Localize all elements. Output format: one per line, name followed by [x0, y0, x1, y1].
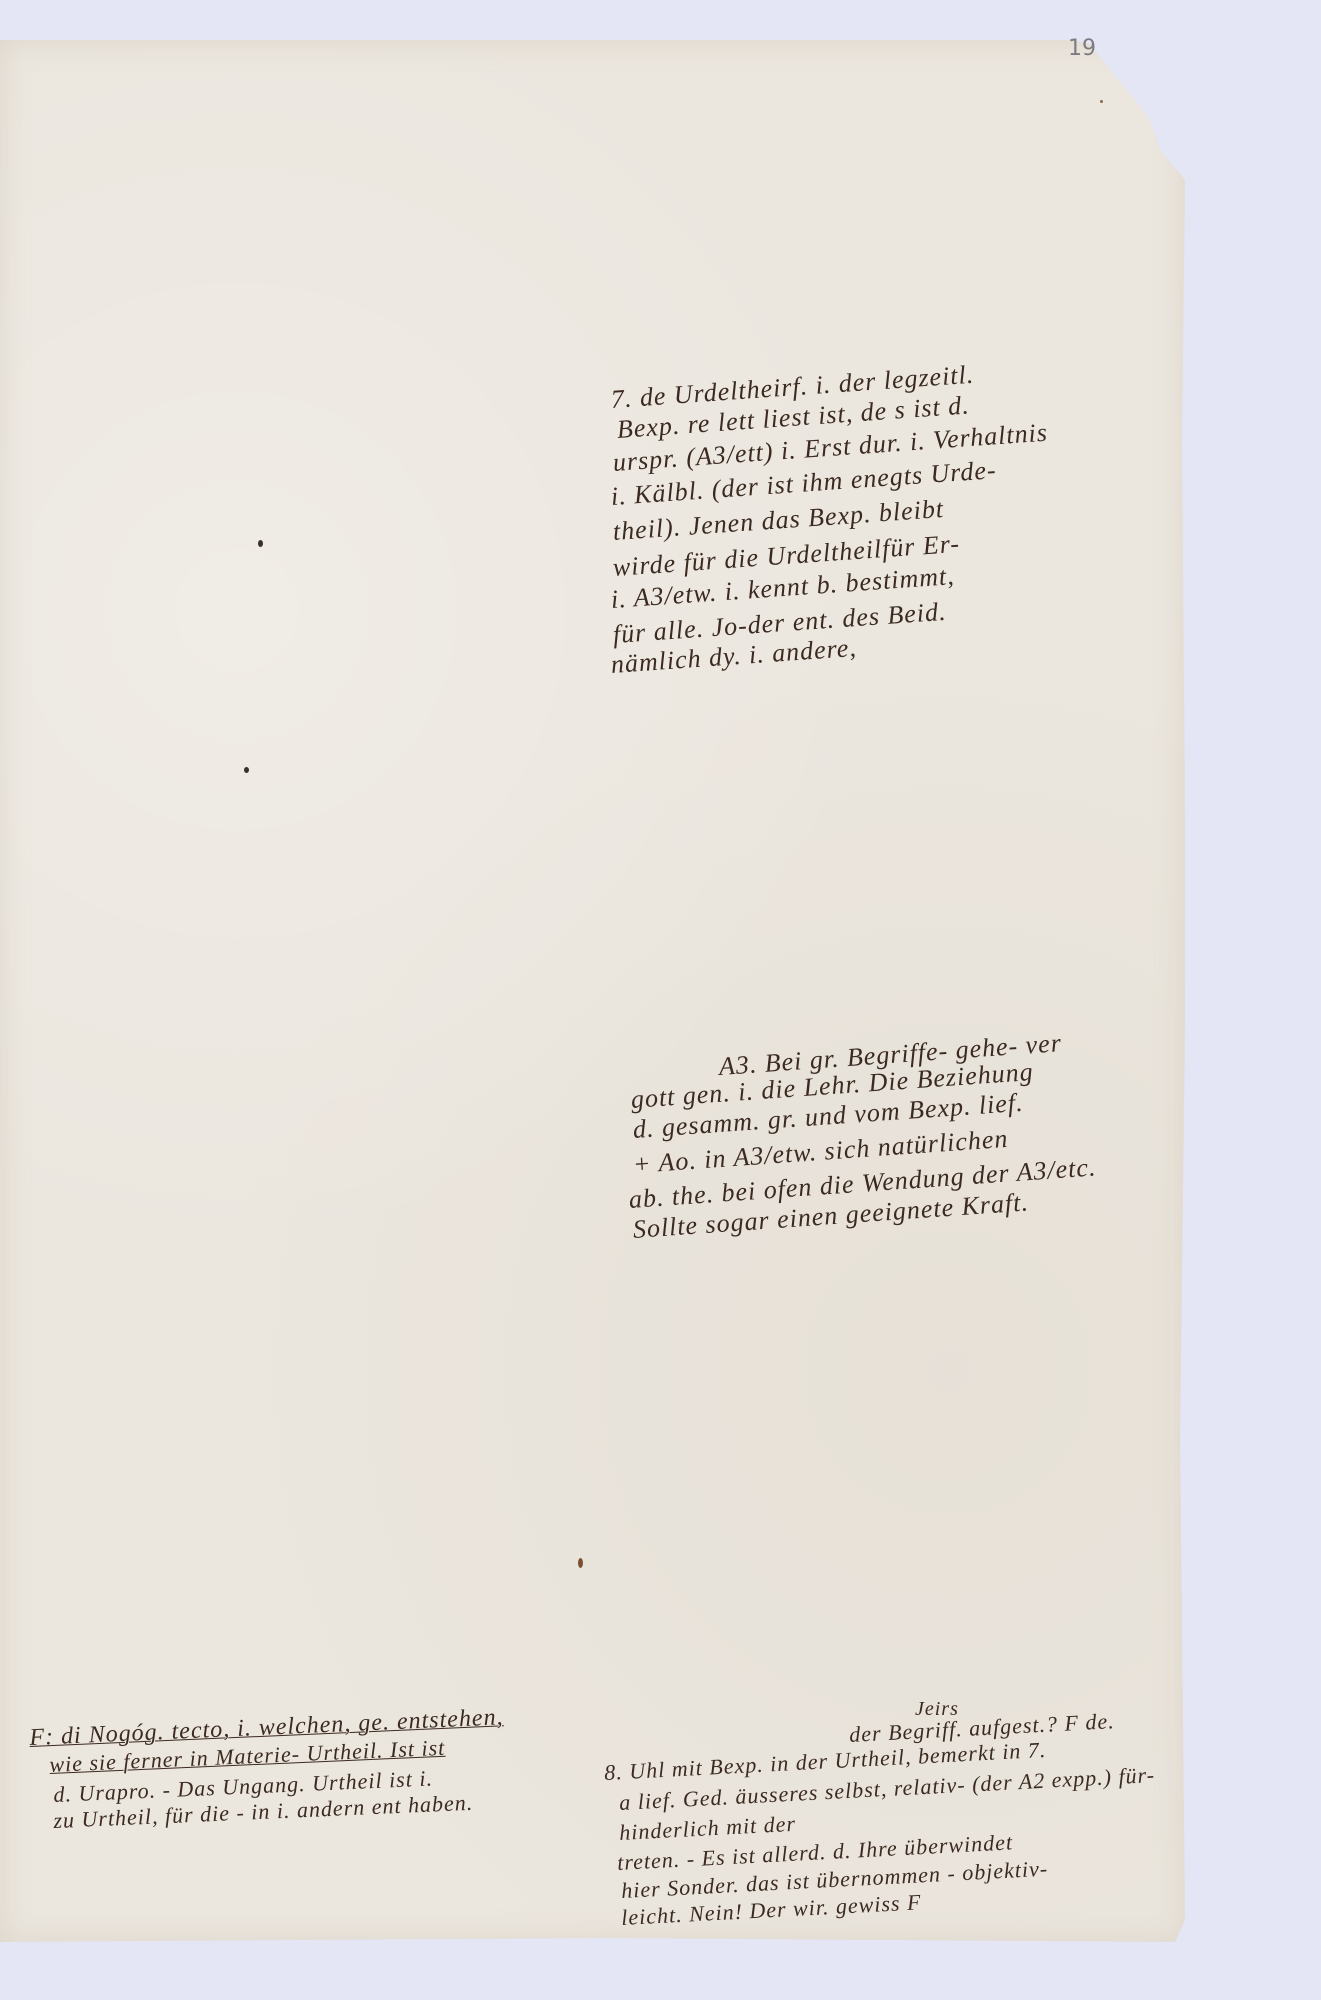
manuscript-paper — [0, 40, 1185, 1942]
ink-speck — [1100, 100, 1103, 103]
ink-speck — [244, 767, 249, 773]
ink-speck — [578, 1558, 583, 1568]
page-number: 19 — [1068, 36, 1096, 61]
ink-speck — [258, 540, 263, 547]
